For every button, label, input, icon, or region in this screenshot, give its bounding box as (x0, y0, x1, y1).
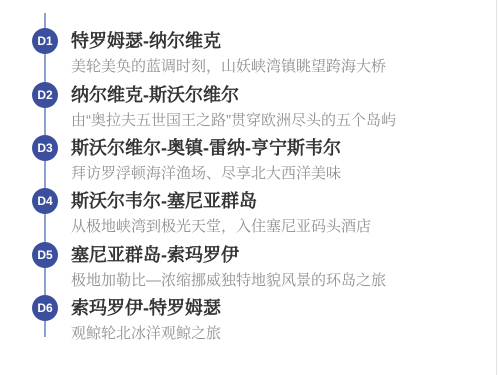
segment-title: 纳尔维克-斯沃尔维尔 (71, 82, 491, 108)
segment-description: 由“奥拉夫五世国王之路”贯穿欧洲尽头的五个岛屿 (71, 109, 491, 132)
itinerary-panel: D1 特罗姆瑟-纳尔维克 美轮美奂的蓝调时刻，山妖峡湾镇眺望跨海大桥 D2 纳尔… (0, 0, 499, 375)
day-badge: D4 (32, 188, 58, 214)
itinerary-item-day4[interactable]: D4 斯沃尔韦尔-塞尼亚群岛 从极地峡湾到极光天堂，入住塞尼亚码头酒店 (32, 188, 491, 238)
segment-description: 拜访罗浮顿海洋渔场、尽享北大西洋美味 (71, 162, 491, 185)
segment-title: 索玛罗伊-特罗姆瑟 (71, 295, 491, 321)
day-badge: D6 (32, 295, 58, 321)
itinerary-item-day5[interactable]: D5 塞尼亚群岛-索玛罗伊 极地加勒比—浓缩挪威独特地貌风景的环岛之旅 (32, 242, 491, 292)
segment-title: 斯沃尔维尔-奥镇-雷纳-亨宁斯韦尔 (71, 135, 491, 161)
itinerary-item-day6[interactable]: D6 索玛罗伊-特罗姆瑟 观鲸轮北冰洋观鲸之旅 (32, 295, 491, 345)
segment-description: 极地加勒比—浓缩挪威独特地貌风景的环岛之旅 (71, 269, 491, 292)
itinerary-item-day2[interactable]: D2 纳尔维克-斯沃尔维尔 由“奥拉夫五世国王之路”贯穿欧洲尽头的五个岛屿 (32, 82, 491, 132)
segment-title: 特罗姆瑟-纳尔维克 (71, 28, 491, 54)
itinerary-item-day1[interactable]: D1 特罗姆瑟-纳尔维克 美轮美奂的蓝调时刻，山妖峡湾镇眺望跨海大桥 (32, 28, 491, 78)
segment-description: 美轮美奂的蓝调时刻，山妖峡湾镇眺望跨海大桥 (71, 55, 491, 78)
itinerary-item-day3[interactable]: D3 斯沃尔维尔-奥镇-雷纳-亨宁斯韦尔 拜访罗浮顿海洋渔场、尽享北大西洋美味 (32, 135, 491, 185)
day-badge: D1 (32, 28, 58, 54)
day-badge: D3 (32, 135, 58, 161)
day-badge: D5 (32, 242, 58, 268)
segment-description: 观鲸轮北冰洋观鲸之旅 (71, 322, 491, 345)
day-badge: D2 (32, 82, 58, 108)
segment-description: 从极地峡湾到极光天堂，入住塞尼亚码头酒店 (71, 215, 491, 238)
segment-title: 塞尼亚群岛-索玛罗伊 (71, 242, 491, 268)
panel-right-border (496, 0, 497, 375)
segment-title: 斯沃尔韦尔-塞尼亚群岛 (71, 188, 491, 214)
